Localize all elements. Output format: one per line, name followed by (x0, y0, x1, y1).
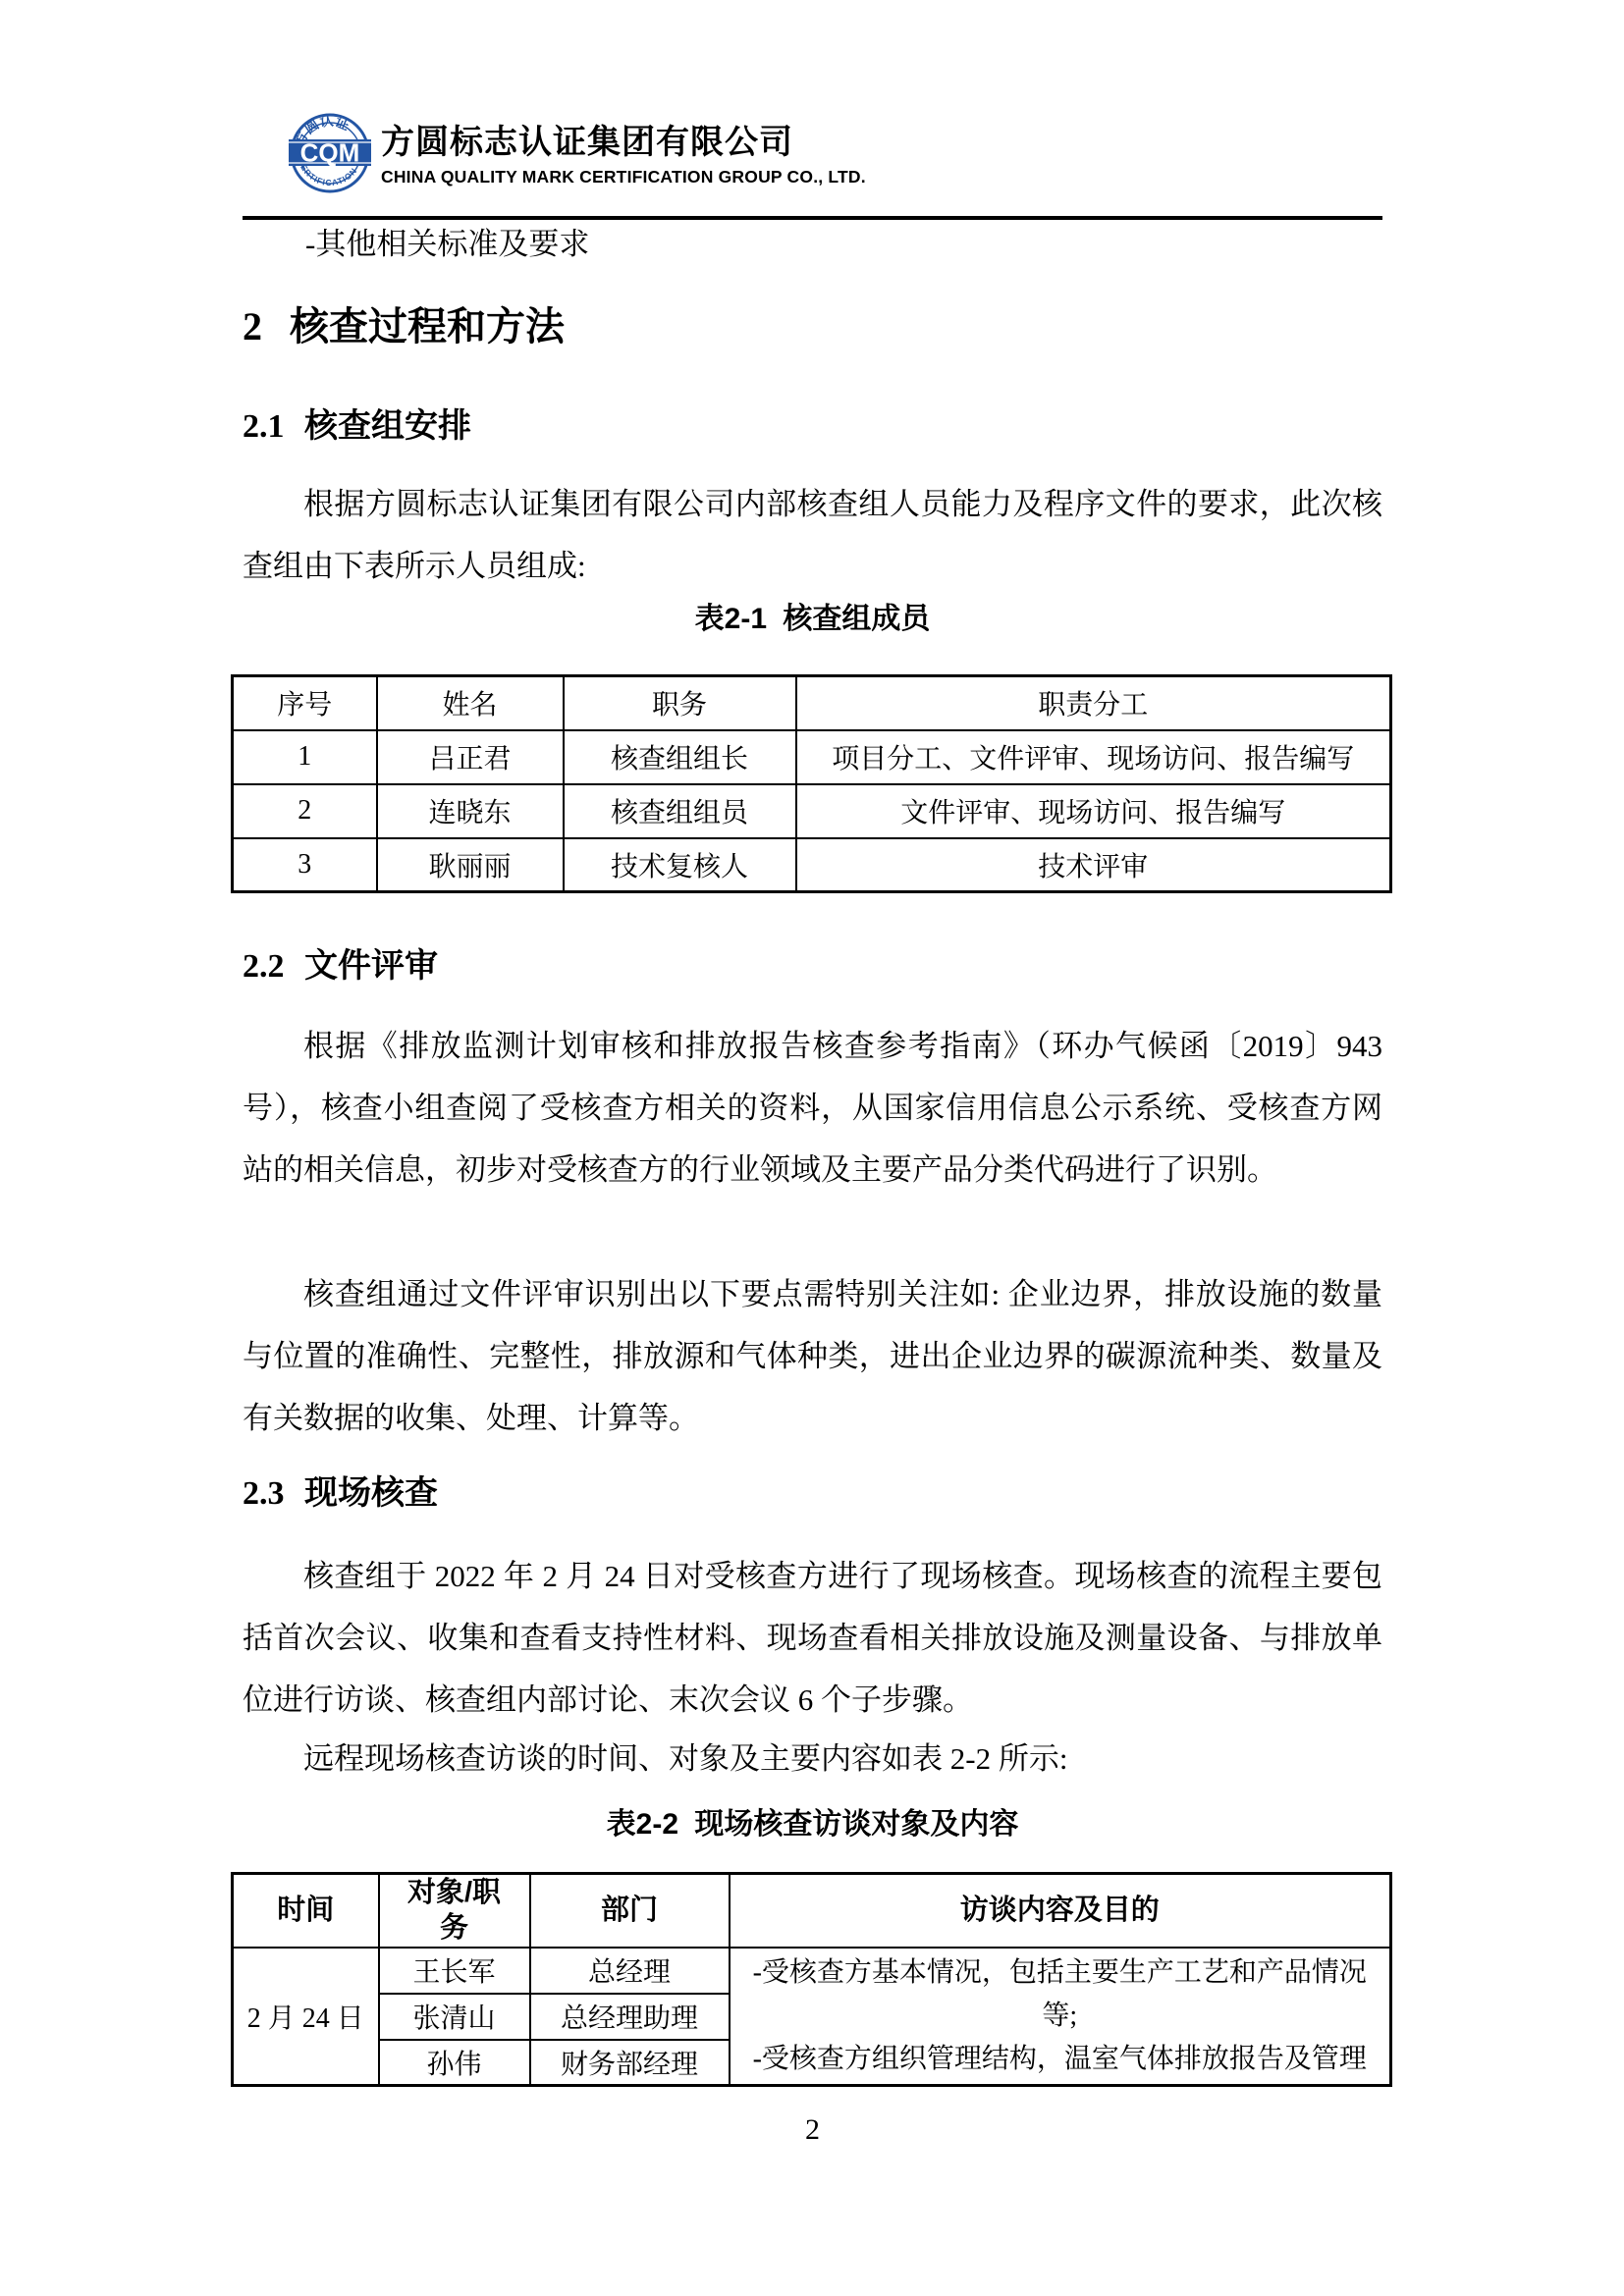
table-cell: 连晓东 (377, 784, 564, 838)
paragraph-document-review-2: 核查组通过文件评审识别出以下要点需特别关注如: 企业边界，排放设施的数量与位置的… (243, 1263, 1382, 1449)
interview-topic-line: -受核查方基本情况，包括主要生产工艺和产品情况等; (736, 1951, 1384, 2038)
paragraph-team-arrangement: 根据方圆标志认证集团有限公司内部核查组人员能力及程序文件的要求，此次核查组由下表… (243, 473, 1382, 597)
table-cell: 2 (233, 784, 377, 838)
table-cell: 1 (233, 730, 377, 784)
table-row: 2 连晓东 核查组组员 文件评审、现场访问、报告编写 (233, 784, 1391, 838)
section-2-2-heading: 2.2 文件评审 (243, 945, 1382, 988)
interviewee-name-cell: 王长军 (379, 1948, 530, 1994)
table-cell: 吕正君 (377, 730, 564, 784)
table-header-row: 序号 姓名 职务 职责分工 (233, 676, 1391, 730)
table-header-cell: 姓名 (377, 676, 564, 730)
paragraph-document-review-1: 根据《排放监测计划审核和排放报告核查参考指南》（环办气候函〔2019〕943 号… (243, 1015, 1382, 1201)
table-cell: 耿丽丽 (377, 838, 564, 892)
table-cell: 3 (233, 838, 377, 892)
table-interview-content: 时间 对象/职务 部门 访谈内容及目的 2 月 24 日 王长军 总经理 -受核… (231, 1872, 1392, 2087)
interviewee-role-cell: 总经理 (530, 1948, 730, 1994)
logo-acronym: CQM (300, 138, 360, 168)
paragraph-onsite-2: 远程现场核查访谈的时间、对象及主要内容如表 2-2 所示: (243, 1738, 1382, 1780)
table-row: 2 月 24 日 王长军 总经理 -受核查方基本情况，包括主要生产工艺和产品情况… (233, 1948, 1391, 1994)
page-number: 2 (243, 2110, 1382, 2150)
company-names: 方圆标志认证集团有限公司 CHINA QUALITY MARK CERTIFIC… (381, 124, 866, 186)
table-cell: 文件评审、现场访问、报告编写 (796, 784, 1391, 838)
table-2-2-caption: 表2-2 现场核查访谈对象及内容 (243, 1806, 1382, 1843)
interviewee-role-cell: 总经理助理 (530, 1994, 730, 2040)
table-header-row: 时间 对象/职务 部门 访谈内容及目的 (233, 1874, 1391, 1948)
header-rule (243, 216, 1382, 220)
document-page: 方圆认证 CERTIFICATION CQM 方圆标志认证集团有限公司 CHIN… (0, 0, 1624, 2296)
interviewee-role-cell: 财务部经理 (530, 2040, 730, 2086)
company-name-cn: 方圆标志认证集团有限公司 (381, 124, 866, 163)
cqm-logo-icon: 方圆认证 CERTIFICATION CQM (289, 110, 371, 196)
table-cell: 项目分工、文件评审、现场访问、报告编写 (796, 730, 1391, 784)
table-row: 3 耿丽丽 技术复核人 技术评审 (233, 838, 1391, 892)
section-2-1-heading: 2.1 核查组安排 (243, 405, 1382, 449)
table-header-cell: 部门 (530, 1874, 730, 1948)
table-header-cell: 对象/职务 (379, 1874, 530, 1948)
carryover-list-item: -其他相关标准及要求 (305, 224, 1382, 265)
section-2-heading: 2 核查过程和方法 (243, 303, 1382, 350)
company-name-en: CHINA QUALITY MARK CERTIFICATION GROUP C… (381, 168, 866, 186)
interviewee-name-cell: 孙伟 (379, 2040, 530, 2086)
table-cell: 核查组组员 (564, 784, 796, 838)
interview-topics-cell: -受核查方基本情况，包括主要生产工艺和产品情况等; -受核查方组织管理结构，温室… (730, 1948, 1391, 2086)
table-header-cell: 序号 (233, 676, 377, 730)
table-row: 1 吕正君 核查组组长 项目分工、文件评审、现场访问、报告编写 (233, 730, 1391, 784)
section-2-3-heading: 2.3 现场核查 (243, 1472, 1382, 1516)
interviewee-name-cell: 张清山 (379, 1994, 530, 2040)
table-cell: 技术复核人 (564, 838, 796, 892)
interview-date-cell: 2 月 24 日 (233, 1948, 379, 2086)
table-header-cell: 时间 (233, 1874, 379, 1948)
table-2-1-caption: 表2-1 核查组成员 (243, 601, 1382, 638)
table-header-cell: 访谈内容及目的 (730, 1874, 1391, 1948)
table-cell: 核查组组长 (564, 730, 796, 784)
table-cell: 技术评审 (796, 838, 1391, 892)
interview-topic-line: -受核查方组织管理结构，温室气体排放报告及管理 (736, 2038, 1384, 2081)
table-header-cell: 职责分工 (796, 676, 1391, 730)
table-header-cell: 职务 (564, 676, 796, 730)
paragraph-onsite-1: 核查组于 2022 年 2 月 24 日对受核查方进行了现场核查。现场核查的流程… (243, 1545, 1382, 1731)
table-verification-team: 序号 姓名 职务 职责分工 1 吕正君 核查组组长 项目分工、文件评审、现场访问… (231, 674, 1392, 893)
